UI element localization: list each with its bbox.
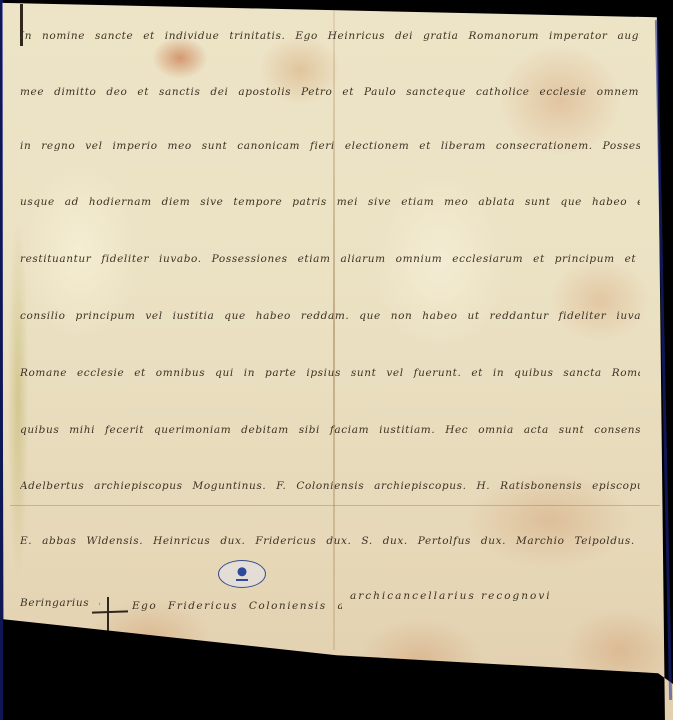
text-line-3: in regno vel imperio meo sunt canonicam … [20, 140, 640, 152]
text-line-8: quibus mihi fecerit querimoniam debitam … [20, 424, 640, 436]
image-stage: In nomine sancte et individue trinitatis… [0, 0, 673, 720]
vertical-fold-line [333, 10, 335, 650]
text-line-5: restituantur fideliter iuvabo. Possessio… [20, 253, 640, 265]
signature-line: Ego Fridericus Coloniensis archiepiscopu… [132, 600, 342, 612]
recognition-clause: archicancellarius recognovi [350, 590, 552, 624]
horizontal-fold-line [10, 682, 660, 694]
text-line-7: Romane ecclesie et omnibus qui in parte … [20, 367, 640, 379]
witness-line-2: E. abbas Wldensis. Heinricus dux. Frider… [20, 535, 640, 547]
text-line-1: In nomine sancte et individue trinitatis… [20, 30, 640, 42]
parchment-sheet: In nomine sancte et individue trinitatis… [0, 0, 673, 720]
horizontal-fold-line [10, 505, 660, 506]
papal-archive-stamp-icon [218, 560, 266, 588]
tiara-keys-icon [236, 567, 248, 581]
signum-cross-icon [88, 597, 128, 631]
text-line-2: mee dimitto deo et sanctis dei apostolis… [20, 86, 640, 98]
scan-edge-left [0, 0, 3, 720]
text-line-4: usque ad hodiernam diem sive tempore pat… [20, 196, 640, 208]
text-line-6: consilio principum vel iustitia que habe… [20, 310, 640, 322]
witness-line-1: Adelbertus archiepiscopus Moguntinus. F.… [20, 480, 640, 492]
